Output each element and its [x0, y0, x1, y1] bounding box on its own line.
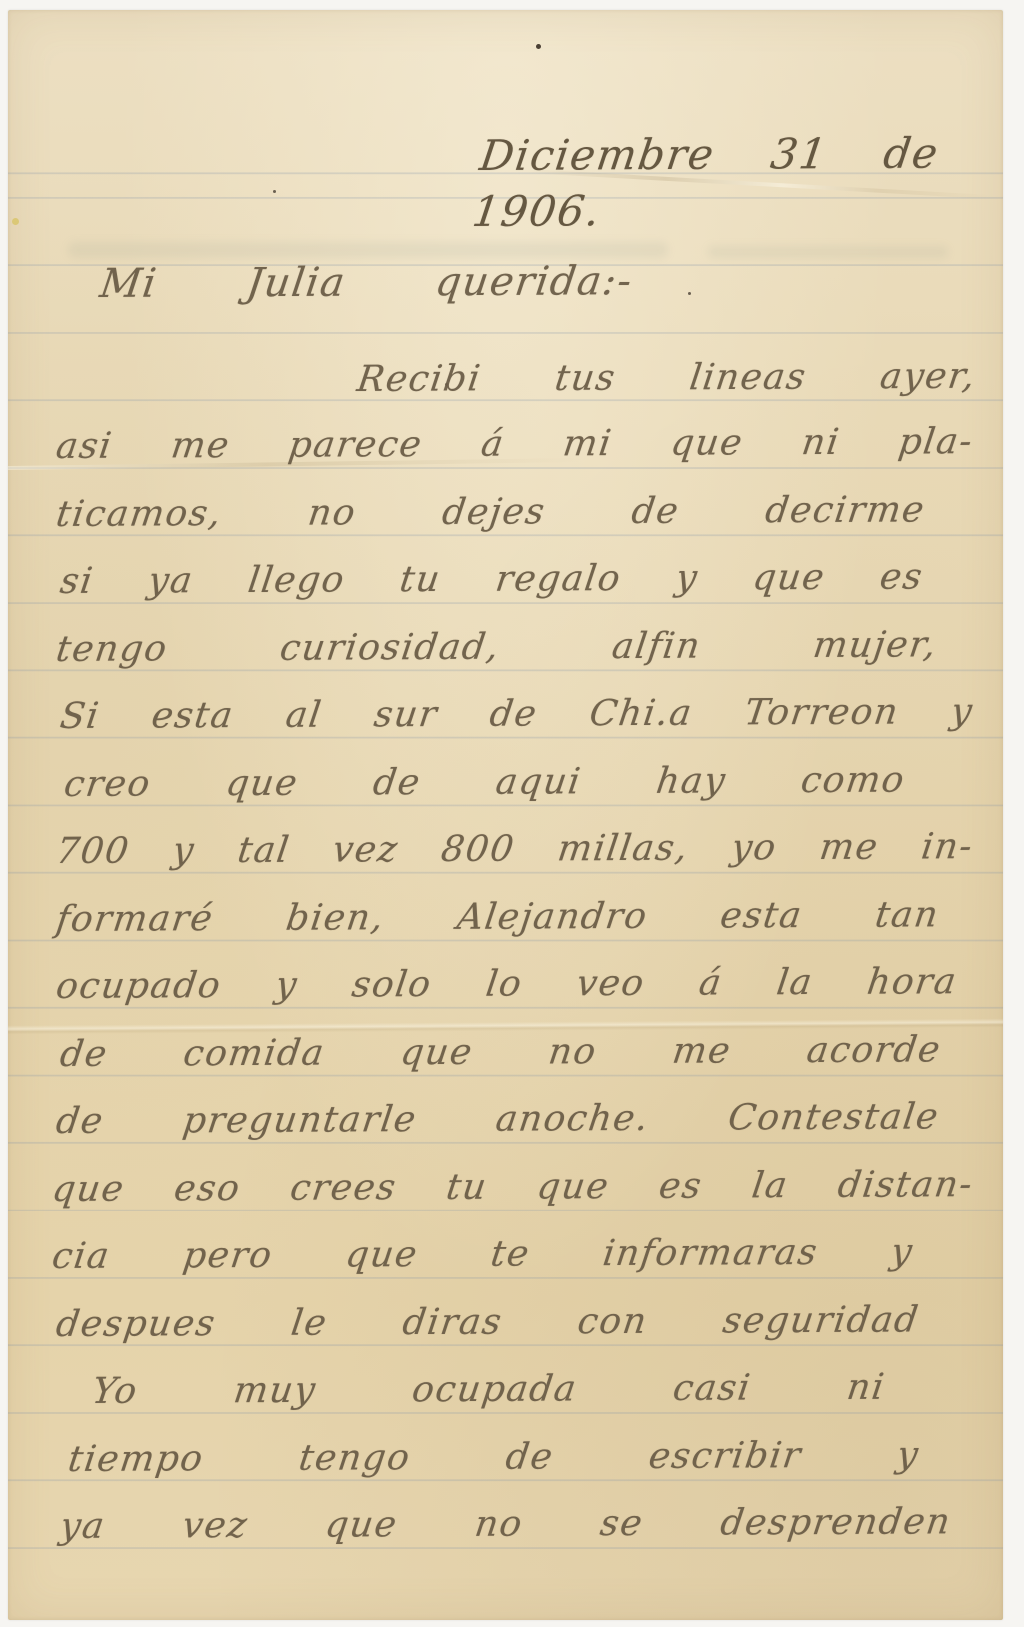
letter-line: de preguntarle anoche. Contestale: [52, 1089, 943, 1154]
letter-line: formaré bien, Alejandro esta tan: [52, 887, 943, 952]
letter-line: asi me parece á mi que ni pla-: [52, 414, 977, 479]
letter-line: Recibi tus lineas ayer,: [353, 349, 980, 412]
letter-line: cia pero que te informaras y: [48, 1224, 917, 1289]
letter-line: Yo muy ocupada casi ni: [88, 1360, 889, 1424]
salutation: Mi Julia querida:-: [96, 253, 637, 316]
letter-line: 700 y tal vez 800 millas, yo me in-: [52, 819, 977, 884]
letter-line: ticamos, no dejes de decirme: [52, 482, 929, 547]
letter-page: Diciembre 31 de 1906. Mi Julia querida:-…: [8, 10, 1003, 1620]
letter-line: ocupado y solo lo veo á la hora: [52, 954, 961, 1019]
letter-line: Si esta al sur de Chi.a Torreon y: [56, 684, 977, 749]
letter-line: creo que de aqui hay como: [60, 753, 909, 817]
ink-speck: [536, 44, 541, 49]
date-line: Diciembre 31 de 1906.: [476, 126, 942, 188]
letter-line: tengo curiosidad, alfin mujer,: [52, 617, 941, 682]
letter-line: despues le diras con seguridad: [52, 1292, 923, 1357]
letter-line: si ya llego tu regalo y que es: [56, 549, 927, 614]
letter-line: ya vez que no se desprenden: [56, 1494, 955, 1559]
letter-line: de comida que no me acorde: [56, 1022, 945, 1087]
letter-line: que eso crees tu que es la distan-: [48, 1157, 977, 1222]
letter-line: tiempo tengo de escribir y: [64, 1428, 923, 1492]
